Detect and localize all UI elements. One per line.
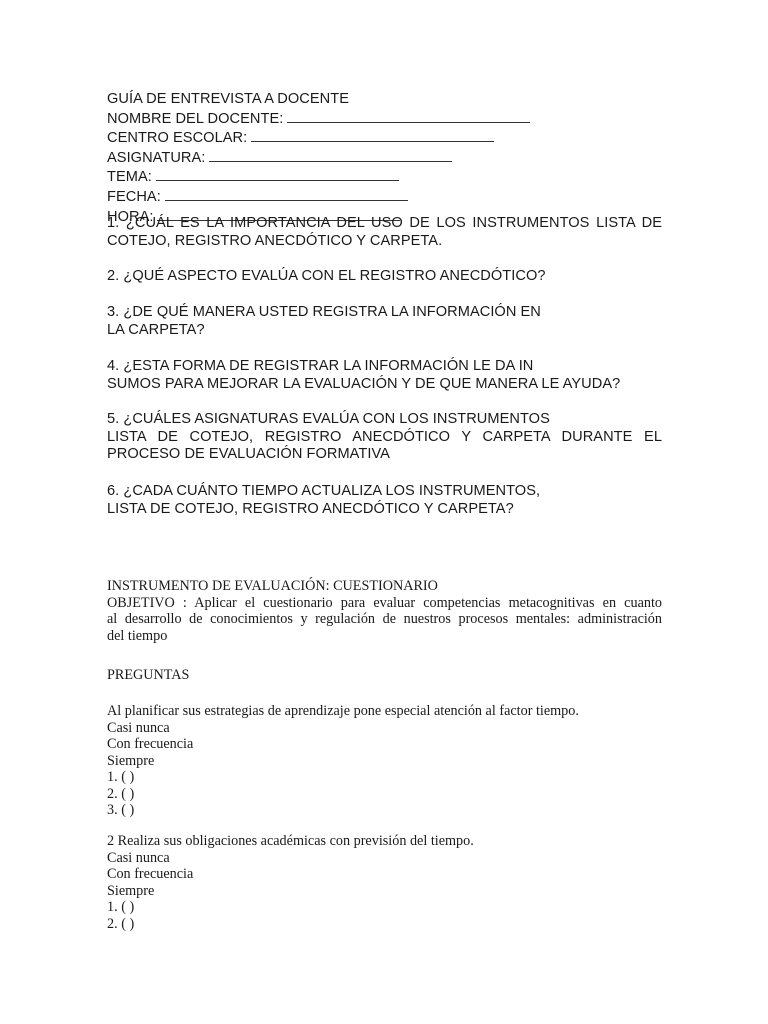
question-line: SUMOS PARA MEJORAR LA EVALUACIÓN Y DE QU… bbox=[107, 376, 662, 394]
scale-option: Siempre bbox=[107, 753, 662, 770]
question-line: LISTA DE COTEJO, REGISTRO ANECDÓTICO Y C… bbox=[107, 501, 662, 519]
field-subject: ASIGNATURA: bbox=[107, 148, 662, 168]
field-label: CENTRO ESCOLAR: bbox=[107, 130, 247, 146]
scale-option: Con frecuencia bbox=[107, 736, 662, 753]
question-line: LA CARPETA? bbox=[107, 322, 662, 340]
answer-option-1[interactable]: 1. ( ) bbox=[107, 769, 662, 786]
scale-option: Siempre bbox=[107, 883, 662, 900]
teacher-name-blank[interactable] bbox=[287, 109, 530, 123]
questionnaire-item-1: Al planificar sus estrategias de aprendi… bbox=[107, 703, 662, 819]
question-line: 3. ¿DE QUÉ MANERA USTED REGISTRA LA INFO… bbox=[107, 304, 662, 322]
field-topic: TEMA: bbox=[107, 167, 662, 187]
objective-line: del tiempo bbox=[107, 628, 662, 645]
subject-blank[interactable] bbox=[209, 148, 452, 162]
question-line: LISTA DE COTEJO, REGISTRO ANECDÓTICO Y C… bbox=[107, 429, 662, 447]
interview-question-5: 5. ¿CUÁLES ASIGNATURAS EVALÚA CON LOS IN… bbox=[107, 411, 662, 464]
questions-heading: PREGUNTAS bbox=[107, 667, 662, 684]
question-line: 5. ¿CUÁLES ASIGNATURAS EVALÚA CON LOS IN… bbox=[107, 411, 662, 429]
interview-question-2: 2. ¿QUÉ ASPECTO EVALÚA CON EL REGISTRO A… bbox=[107, 268, 662, 286]
objective-line: OBJETIVO : Aplicar el cuestionario para … bbox=[107, 595, 662, 612]
field-label: FECHA: bbox=[107, 189, 161, 205]
interview-question-1: 1. ¿CUÁL ES LA IMPORTANCIA DEL USO DE LO… bbox=[107, 215, 662, 250]
answer-option-2[interactable]: 2. ( ) bbox=[107, 916, 662, 933]
question-line: 1. ¿CUÁL ES LA IMPORTANCIA DEL USO DE LO… bbox=[107, 215, 662, 233]
question-line: COTEJO, REGISTRO ANECDÓTICO Y CARPETA. bbox=[107, 233, 662, 251]
questionnaire-title: INSTRUMENTO DE EVALUACIÓN: CUESTIONARIO bbox=[107, 578, 662, 595]
scale-option: Con frecuencia bbox=[107, 866, 662, 883]
school-blank[interactable] bbox=[251, 128, 494, 142]
question-line: 6. ¿CADA CUÁNTO TIEMPO ACTUALIZA LOS INS… bbox=[107, 483, 662, 501]
questionnaire-item-2: 2 Realiza sus obligaciones académicas co… bbox=[107, 833, 662, 932]
field-label: TEMA: bbox=[107, 169, 152, 185]
interview-guide-header: GUÍA DE ENTREVISTA A DOCENTE NOMBRE DEL … bbox=[107, 91, 662, 226]
scale-option: Casi nunca bbox=[107, 850, 662, 867]
field-label: ASIGNATURA: bbox=[107, 150, 205, 166]
field-teacher-name: NOMBRE DEL DOCENTE: bbox=[107, 109, 662, 129]
field-school: CENTRO ESCOLAR: bbox=[107, 128, 662, 148]
topic-blank[interactable] bbox=[156, 167, 399, 181]
answer-option-2[interactable]: 2. ( ) bbox=[107, 786, 662, 803]
objective-line: al desarrollo de conocimientos y regulac… bbox=[107, 611, 662, 628]
item-question: Al planificar sus estrategias de aprendi… bbox=[107, 703, 662, 720]
guide-title: GUÍA DE ENTREVISTA A DOCENTE bbox=[107, 91, 662, 109]
answer-option-1[interactable]: 1. ( ) bbox=[107, 899, 662, 916]
interview-question-3: 3. ¿DE QUÉ MANERA USTED REGISTRA LA INFO… bbox=[107, 304, 662, 339]
item-question: 2 Realiza sus obligaciones académicas co… bbox=[107, 833, 662, 850]
answer-option-3[interactable]: 3. ( ) bbox=[107, 802, 662, 819]
scale-option: Casi nunca bbox=[107, 720, 662, 737]
interview-question-6: 6. ¿CADA CUÁNTO TIEMPO ACTUALIZA LOS INS… bbox=[107, 483, 662, 518]
interview-question-4: 4. ¿ESTA FORMA DE REGISTRAR LA INFORMACI… bbox=[107, 358, 662, 393]
question-line: 4. ¿ESTA FORMA DE REGISTRAR LA INFORMACI… bbox=[107, 358, 662, 376]
question-line: 2. ¿QUÉ ASPECTO EVALÚA CON EL REGISTRO A… bbox=[107, 268, 662, 286]
section-heading: PREGUNTAS bbox=[107, 667, 662, 684]
field-label: NOMBRE DEL DOCENTE: bbox=[107, 111, 283, 127]
field-date: FECHA: bbox=[107, 187, 662, 207]
date-blank[interactable] bbox=[165, 187, 408, 201]
questionnaire-header: INSTRUMENTO DE EVALUACIÓN: CUESTIONARIO … bbox=[107, 578, 662, 644]
question-line: PROCESO DE EVALUACIÓN FORMATIVA bbox=[107, 446, 662, 464]
